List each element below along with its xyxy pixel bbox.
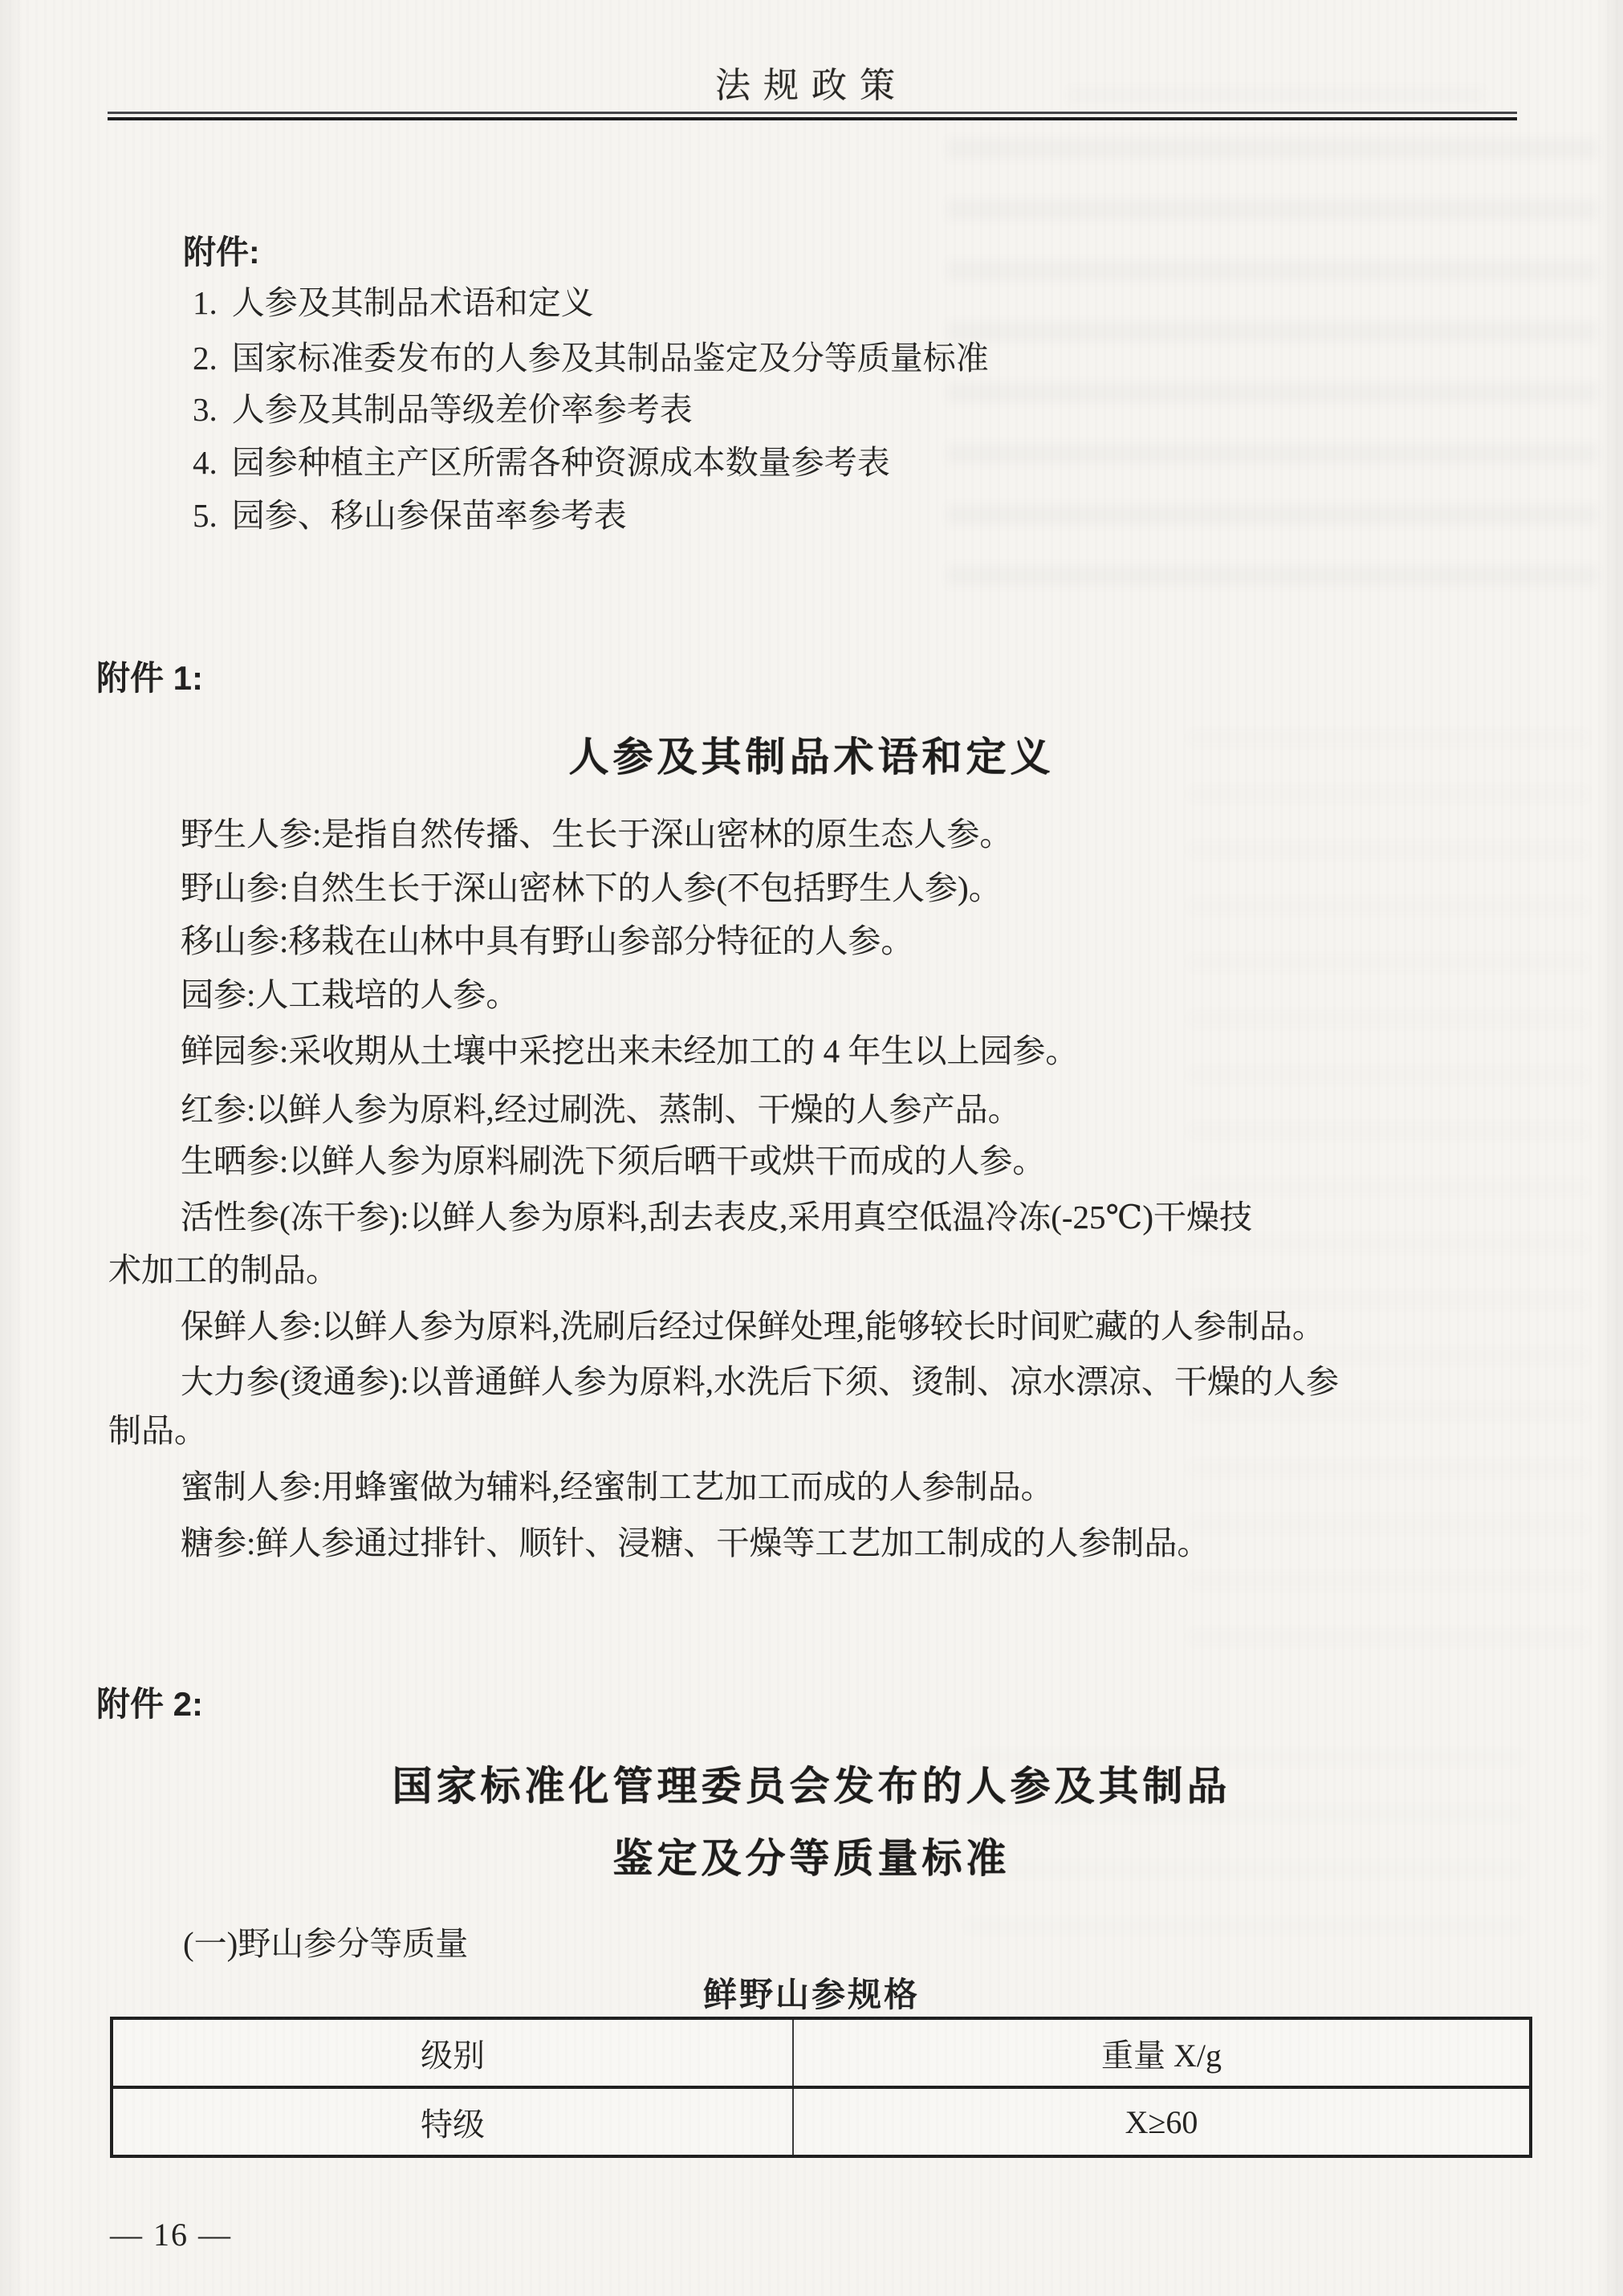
definition-line: 野山参:自然生长于深山密林下的人参(不包括野生人参)。 [108,861,1605,909]
list-item-number: 1. [193,283,218,322]
scanned-document-page: 法规政策 附件: 1.人参及其制品术语和定义 2.国家标准委发布的人参及其制品鉴… [0,0,1623,2296]
list-item-number: 4. [193,443,218,482]
definition-line: 保鲜人参:以鲜人参为原料,洗刷后经过保鲜处理,能够较长时间贮藏的人参制品。 [108,1300,1605,1347]
definition-line: 大力参(烫通参):以普通鲜人参为原料,水洗后下须、烫制、凉水漂凉、干燥的人参 [108,1355,1605,1402]
table-header-weight: 重量 X/g [792,2020,1529,2086]
attachment1-label: 附件 1: [96,652,203,700]
attachment1-title: 人参及其制品术语和定义 [0,725,1623,783]
table-header-grade: 级别 [113,2020,792,2086]
section-label: (一)野山参分等质量 [183,1917,468,1964]
list-item-text: 国家标准委发布的人参及其制品鉴定及分等质量标准 [232,340,989,377]
attachment-list-item: 1.人参及其制品术语和定义 [193,276,594,324]
definition-line: 制品。 [108,1404,1533,1451]
definition-line: 活性参(冻干参):以鲜人参为原料,刮去表皮,采用真空低温冷冻(-25℃)干燥技 [108,1191,1605,1238]
table-caption: 鲜野山参规格 [0,1968,1623,2017]
list-item-text: 人参及其制品术语和定义 [232,284,594,321]
definition-line: 鲜园参:采收期从土壤中采挖出来未经加工的 4 年生以上园参。 [108,1024,1605,1072]
definition-line: 野生人参:是指自然传播、生长于深山密林的原生态人参。 [108,808,1605,855]
list-item-text: 园参、移山参保苗率参考表 [232,497,627,534]
list-item-number: 3. [193,390,218,429]
attachment-list-item: 3.人参及其制品等级差价率参考表 [193,383,693,430]
attachment2-label: 附件 2: [96,1678,203,1726]
attachment-list-item: 5.园参、移山参保苗率参考表 [193,489,627,536]
attachment2-title-line1: 国家标准化管理委员会发布的人参及其制品 [0,1754,1623,1812]
table-row: 特级 X≥60 [113,2089,1529,2155]
definition-line: 红参:以鲜人参为原料,经过刷洗、蒸制、干燥的人参产品。 [108,1083,1605,1130]
definition-line: 糖参:鲜人参通过排针、顺针、浸糖、干燥等工艺加工制成的人参制品。 [108,1516,1605,1564]
definition-line: 园参:人工栽培的人参。 [108,968,1605,1016]
page-number: — 16 — [110,2216,232,2253]
definition-line: 生晒参:以鲜人参为原料刷洗下须后晒干或烘干而成的人参。 [108,1134,1605,1182]
definition-line: 移山参:移栽在山林中具有野山参部分特征的人参。 [108,914,1605,962]
attachment-list-item: 2.国家标准委发布的人参及其制品鉴定及分等质量标准 [193,332,989,379]
list-item-text: 人参及其制品等级差价率参考表 [232,391,693,428]
definition-line: 术加工的制品。 [108,1244,1533,1291]
list-item-text: 园参种植主产区所需各种资源成本数量参考表 [232,444,890,481]
table-cell-grade: 特级 [113,2089,792,2155]
bleed-through-artifact [947,120,1597,586]
list-item-number: 5. [193,496,218,535]
attachment-list-item: 4.园参种植主产区所需各种资源成本数量参考表 [193,436,890,483]
attachment2-title-line2: 鉴定及分等质量标准 [0,1826,1623,1884]
list-item-number: 2. [193,339,218,377]
table-cell-weight: X≥60 [792,2089,1529,2155]
definition-line: 蜜制人参:用蜂蜜做为辅料,经蜜制工艺加工而成的人参制品。 [108,1460,1605,1508]
attachments-label: 附件: [183,226,260,273]
page-header-title: 法规政策 [0,56,1623,108]
header-rule [108,112,1517,120]
table-header-row: 级别 重量 X/g [113,2020,1529,2089]
spec-table: 级别 重量 X/g 特级 X≥60 [110,2017,1532,2158]
